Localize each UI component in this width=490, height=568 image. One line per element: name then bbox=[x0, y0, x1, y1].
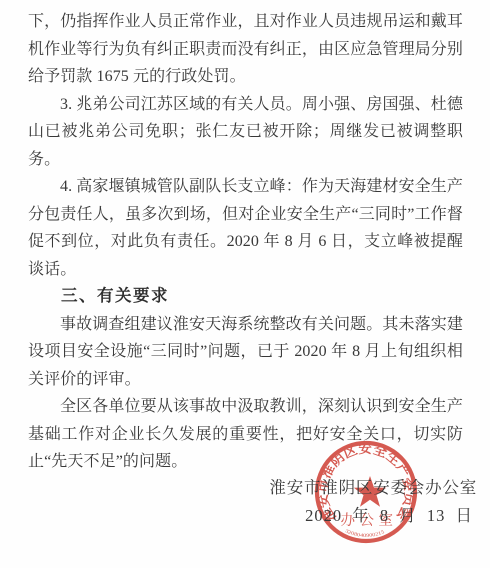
signature-date: 2020 年 8 月 13 日 bbox=[0, 502, 490, 530]
paragraph-requirement-1: 事故调查组建议淮安天海系统整改有关问题。其未落实建设项目安全设施“三同时”问题，… bbox=[28, 311, 463, 394]
section-heading: 三、有关要求 bbox=[28, 283, 463, 311]
signature-block: 淮安市淮阴区安委会办公室 2020 年 8 月 13 日 bbox=[0, 474, 490, 530]
paragraph-item-4: 4. 高家堰镇城管队副队长支立峰：作为天海建材安全生产分包责任人，虽多次到场，但… bbox=[28, 173, 463, 283]
document-page: 下，仍指挥作业人员正常作业，且对作业人员违规吊运和戴耳机作业等行为负有纠正职责而… bbox=[0, 0, 490, 568]
paragraph-continuation: 下，仍指挥作业人员正常作业，且对作业人员违规吊运和戴耳机作业等行为负有纠正职责而… bbox=[28, 8, 463, 91]
paragraph-item-3: 3. 兆弟公司江苏区域的有关人员。周小强、房国强、杜德山已被兆弟公司免职；张仁友… bbox=[28, 91, 463, 174]
signature-org: 淮安市淮阴区安委会办公室 bbox=[0, 474, 490, 502]
document-body: 下，仍指挥作业人员正常作业，且对作业人员违规吊运和戴耳机作业等行为负有纠正职责而… bbox=[28, 8, 463, 476]
